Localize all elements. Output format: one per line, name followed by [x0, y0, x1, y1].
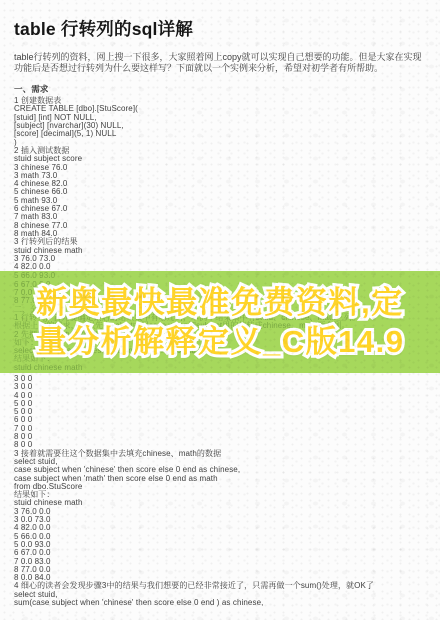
text-line: stuid subject score: [14, 155, 426, 163]
text-line: 4 chinese 82.0: [14, 180, 426, 188]
text-line: 3 0 0: [14, 383, 426, 391]
requirement-code-block: 1 创建数据表CREATE TABLE [dbo].[StuScore]([st…: [14, 97, 426, 271]
text-line: 3 0 0: [14, 375, 426, 383]
text-line: 7 0.0 83.0: [14, 558, 426, 566]
text-line: 7 0 0: [14, 425, 426, 433]
text-line: 6 67.0 0.0: [14, 549, 426, 557]
text-line: 3 接着就需要往这个数据集中去填充chinese、math的数据: [14, 450, 426, 458]
intro-paragraph: table行转列的资料，网上搜一下很多，大家照着网上copy就可以实现自己想要的…: [14, 52, 428, 73]
section-heading-requirement: 一、需求: [14, 83, 426, 95]
article-top-content: table 行转列的sql详解 table行转列的资料，网上搜一下很多，大家照着…: [0, 0, 440, 271]
text-line: 4 82.0 0.0: [14, 524, 426, 532]
text-line: 4 细心的读者会发现步骤3中的结果与我们想要的已经非常接近了，只需再做一个sum…: [14, 582, 426, 590]
text-line: 6 chinese 67.0: [14, 205, 426, 213]
text-line: 4 0 0: [14, 392, 426, 400]
text-line: 3 0.0 73.0: [14, 516, 426, 524]
text-line: 3 76.0 73.0: [14, 255, 426, 263]
text-line: 3 math 73.0: [14, 172, 426, 180]
watermark-fill-text: 量分析解释定义_C版14.9: [36, 324, 405, 360]
text-line: 8 77.0 0.0: [14, 566, 426, 574]
text-line: 5 chinese 66.0: [14, 188, 426, 196]
text-line: 4 82.0 0.0: [14, 263, 426, 271]
watermark-overlay: 新奥最快最准免费资料,定 新奥最快最准免费资料,定 量分析解释定义_C版14.9…: [0, 271, 440, 373]
text-line: 3 chinese 76.0: [14, 164, 426, 172]
page-title: table 行转列的sql详解: [14, 16, 426, 41]
text-line: 3 76.0 0.0: [14, 508, 426, 516]
text-line: 5 0 0: [14, 408, 426, 416]
text-line: sum(case subject when 'chinese' then sco…: [14, 599, 426, 607]
watermark-line-2: 量分析解释定义_C版14.9 量分析解释定义_C版14.9: [36, 324, 405, 360]
text-line: ): [14, 139, 426, 147]
text-line: 6 0 0: [14, 416, 426, 424]
watermark-fill-text: 新奥最快最准免费资料,定: [36, 285, 404, 321]
analysis-code-block: 3 0 03 0 04 0 05 0 05 0 06 0 07 0 08 0 0…: [14, 375, 426, 607]
text-line: 8 chinese 77.0: [14, 222, 426, 230]
text-line: stuid chinese math: [14, 499, 426, 507]
article-bottom-content: 3 0 03 0 04 0 05 0 05 0 06 0 07 0 08 0 0…: [0, 373, 440, 607]
text-line: 7 math 83.0: [14, 213, 426, 221]
text-line: 5 66.0 0.0: [14, 533, 426, 541]
text-line: stuid chinese math: [14, 247, 426, 255]
article-page: table 行转列的sql详解 table行转列的资料，网上搜一下很多，大家照着…: [0, 0, 440, 620]
text-line: [score] [decimal](5, 1) NULL: [14, 130, 426, 138]
text-line: 5 math 93.0: [14, 197, 426, 205]
text-line: 8 0 0: [14, 433, 426, 441]
highlight-band: 5 66.0 93.06 67.0 0.07 0.0 83.08 77.0 84…: [0, 271, 440, 373]
text-line: 5 0.0 93.0: [14, 541, 426, 549]
text-line: 5 0 0: [14, 400, 426, 408]
watermark-line-1: 新奥最快最准免费资料,定 新奥最快最准免费资料,定: [36, 285, 404, 321]
text-line: from dbo.StuScore: [14, 483, 426, 491]
